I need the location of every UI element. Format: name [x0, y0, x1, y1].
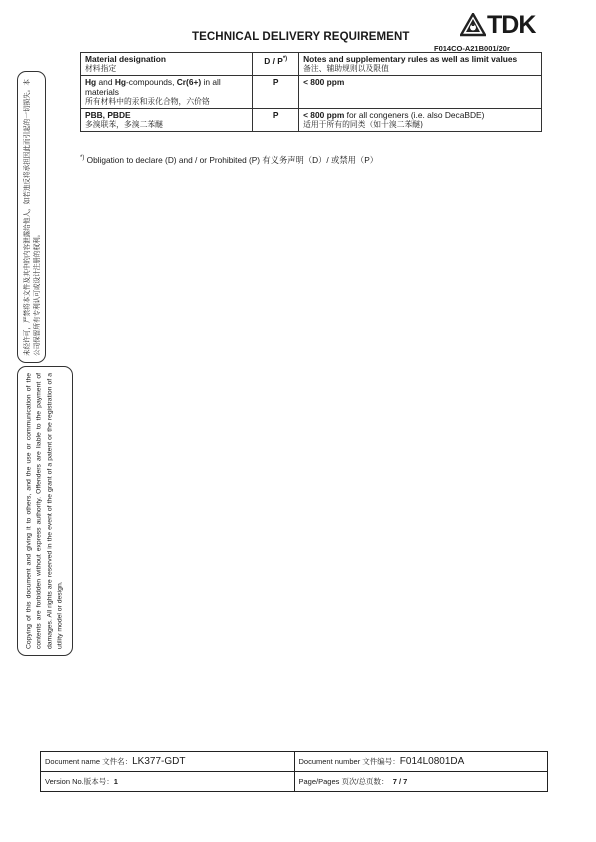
- table-row: PBB, PBDE 多溴联苯，多溴二苯醚 P < 800 ppm for all…: [81, 109, 542, 132]
- table-header-row: Material designation 材料指定 D / P*) Notes …: [81, 53, 542, 76]
- requirements-table: Material designation 材料指定 D / P*) Notes …: [80, 52, 542, 132]
- cell-notes: < 800 ppm for all congeners (i.e. also D…: [299, 109, 542, 132]
- document-title: TECHNICAL DELIVERY REQUIREMENT: [192, 31, 409, 43]
- copyright-notice-english: Copying of this document and giving it t…: [17, 366, 73, 656]
- cell-material: PBB, PBDE 多溴联苯，多溴二苯醚: [81, 109, 253, 132]
- table-row: Hg and Hg-compounds, Cr(6+) in all mater…: [81, 76, 542, 109]
- version-cell: Version No.版本号：1: [41, 772, 295, 792]
- logo-text: TDK: [487, 13, 535, 37]
- document-number-cell: Document number 文件编号：F014L0801DA: [294, 752, 548, 772]
- tdk-logo: TDK: [460, 13, 535, 37]
- cell-dp: P: [253, 76, 299, 109]
- page-count-cell: Page/Pages 页次/总页数： 7 / 7: [294, 772, 548, 792]
- header-notes: Notes and supplementary rules as well as…: [299, 53, 542, 76]
- tdk-emblem-icon: [460, 13, 486, 37]
- cell-material: Hg and Hg-compounds, Cr(6+) in all mater…: [81, 76, 253, 109]
- cell-dp: P: [253, 109, 299, 132]
- copyright-notice-chinese: 未经许可，严禁将本文件及其中的内容泄露给他人，如若违反将承担因此而引起的一切损失…: [17, 71, 46, 363]
- footnote: *) Obligation to declare (D) and / or Pr…: [80, 154, 378, 166]
- header-dp: D / P*): [253, 53, 299, 76]
- document-name-cell: Document name 文件名：LK377-GDT: [41, 752, 295, 772]
- cell-notes: < 800 ppm: [299, 76, 542, 109]
- document-footer: Document name 文件名：LK377-GDT Document num…: [40, 751, 548, 792]
- header-material: Material designation 材料指定: [81, 53, 253, 76]
